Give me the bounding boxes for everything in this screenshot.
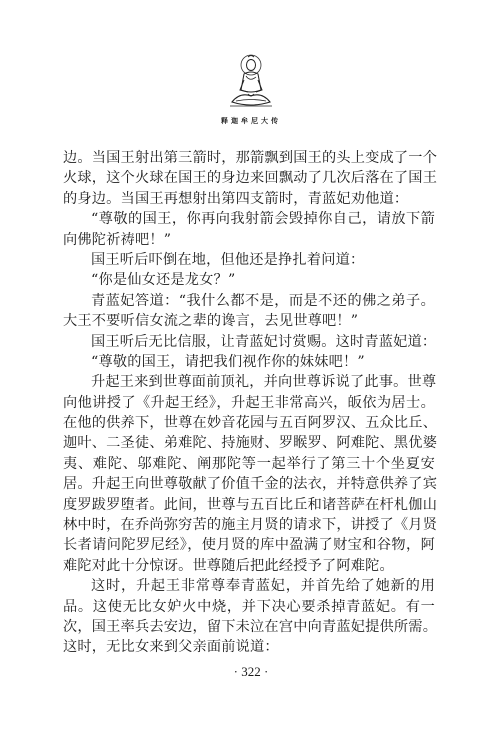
text-line: 火球，这个火球在国王的身边来回飘动了几次后落在了国王 — [63, 168, 435, 188]
body-text: 边。当国王射出第三箭时，那箭飘到国王的头上变成了一个火球，这个火球在国王的身边来… — [63, 148, 435, 658]
text-line: 边。当国王射出第三箭时，那箭飘到国王的头上变成了一个 — [63, 148, 435, 168]
text-line: 国王听后无比信服，让青蓝妃讨赏赐。这时青蓝妃道： — [63, 332, 435, 352]
text-line: 长者请问陀罗尼经》，使月贤的库中盈满了财宝和谷物，阿 — [63, 535, 435, 555]
text-line: 这时，无比女来到父亲面前说道： — [63, 637, 435, 657]
text-line: “尊敬的国王，请把我们视作你的妹妹吧！” — [63, 352, 435, 372]
page-header: 释迦牟尼大传 — [0, 52, 502, 126]
text-line: 难陀对此十分惊讶。世尊随后把此经授予了阿难陀。 — [63, 556, 435, 576]
text-line: 夷、难陀、邬难陀、阐那陀等一起举行了第三十个坐夏安 — [63, 454, 435, 474]
page-number: · 322 · — [0, 664, 502, 680]
text-line: “尊敬的国王，你再向我射箭会毁掉你自己，请放下箭 — [63, 209, 435, 229]
text-line: “你是仙女还是龙女？” — [63, 270, 435, 290]
text-line: 迦叶、二圣徒、弟难陀、持施财、罗睺罗、阿难陀、黑优婆 — [63, 433, 435, 453]
text-line: 向他讲授了《升起王经》，升起王非常高兴，皈依为居士。 — [63, 393, 435, 413]
text-line: 次，国王率兵去安边，留下未泣在宫中向青蓝妃提供所需。 — [63, 617, 435, 637]
text-line: 林中时，在乔尚弥穷苦的施主月贤的请求下，讲授了《月贤 — [63, 515, 435, 535]
text-line: 在他的供养下，世尊在妙音花园与五百阿罗汉、五众比丘、 — [63, 413, 435, 433]
book-title-caption: 释迦牟尼大传 — [0, 116, 502, 126]
text-line: 度罗跋罗堕者。此间，世尊与五百比丘和诸菩萨在杆札伽山 — [63, 495, 435, 515]
text-line: 大王不要听信女流之辈的谗言，去见世尊吧！” — [63, 311, 435, 331]
text-line: 国王听后吓倒在地，但他还是挣扎着问道： — [63, 250, 435, 270]
text-line: 向佛陀祈祷吧！” — [63, 230, 435, 250]
buddha-figure-icon — [220, 52, 282, 114]
text-line: 这时，升起王非常尊奉青蓝妃，并首先给了她新的用 — [63, 576, 435, 596]
text-line: 居。升起王向世尊敬献了价值千金的法衣，并特意供养了宾 — [63, 474, 435, 494]
text-line: 升起王来到世尊面前顶礼，并向世尊诉说了此事。世尊 — [63, 372, 435, 392]
text-line: 青蓝妃答道：“我什么都不是，而是不还的佛之弟子。 — [63, 291, 435, 311]
text-line: 品。这使无比女妒火中烧，并下决心要杀掉青蓝妃。有一 — [63, 597, 435, 617]
text-line: 的身边。当国王再想射出第四支箭时，青蓝妃劝他道： — [63, 189, 435, 209]
